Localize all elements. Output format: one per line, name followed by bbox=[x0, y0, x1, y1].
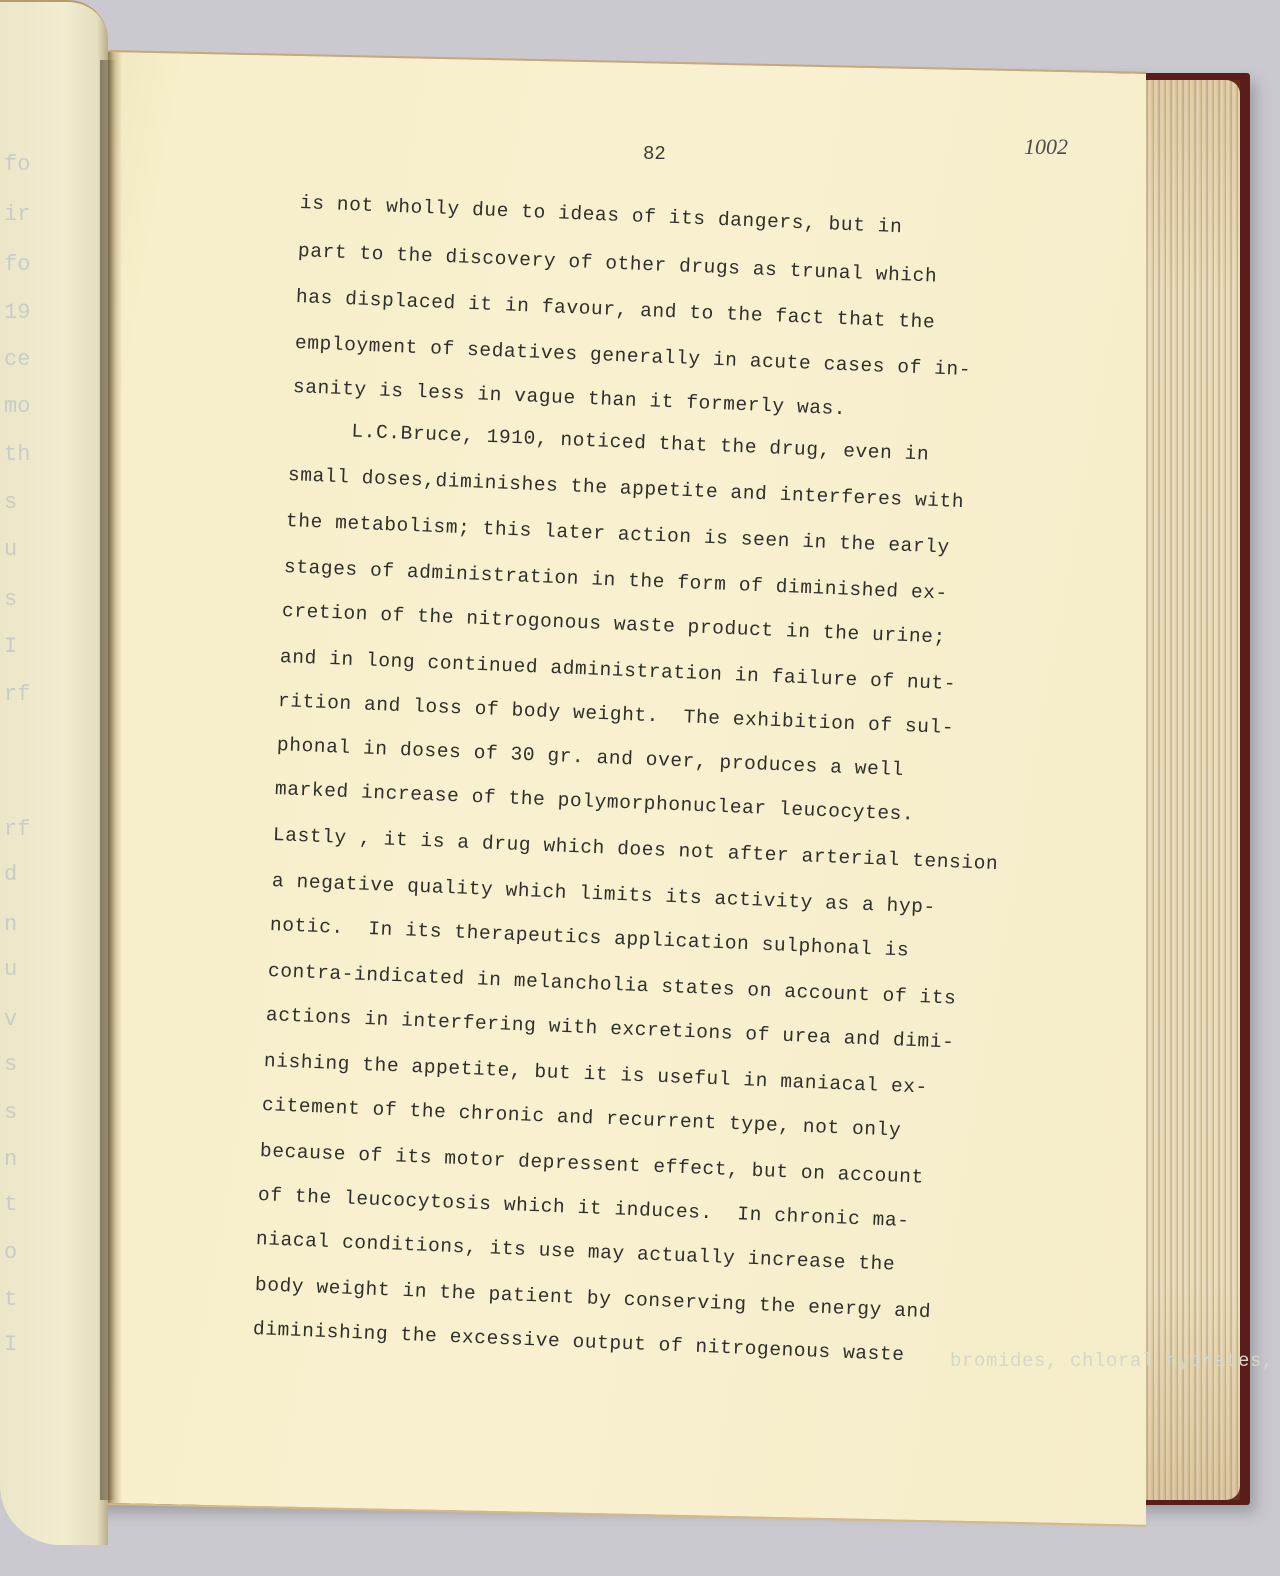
left-page-fragment: u bbox=[4, 537, 17, 562]
left-page-fragment: o bbox=[4, 1240, 17, 1265]
left-page-fragment: th bbox=[4, 442, 30, 467]
show-through-text: bromides, chloral hydrates, and opium. I… bbox=[950, 1350, 1280, 1372]
left-page-fragment: v bbox=[4, 1007, 17, 1032]
left-page-fragment: n bbox=[4, 1147, 17, 1172]
left-page-fragment: t bbox=[4, 1287, 17, 1312]
page-edge-stack bbox=[1130, 80, 1240, 1500]
facing-left-page: fo ir fo 19 ce mo th s u s I rf rf d n u… bbox=[0, 0, 108, 1545]
left-page-fragment: s bbox=[4, 1100, 17, 1125]
left-page-fragment: fo bbox=[4, 152, 30, 177]
left-page-fragment: fo bbox=[4, 252, 30, 277]
left-page-fragment: s bbox=[4, 1052, 17, 1077]
left-page-fragment: ir bbox=[4, 202, 30, 227]
left-page-fragment: mo bbox=[4, 394, 30, 419]
left-page-fragment: I bbox=[4, 1332, 17, 1357]
left-page-fragment: t bbox=[4, 1192, 17, 1217]
left-page-fragment: s bbox=[4, 587, 17, 612]
left-page-fragment: u bbox=[4, 957, 17, 982]
page-number: 82 bbox=[643, 143, 666, 165]
left-page-fragment: ce bbox=[4, 347, 30, 372]
handwritten-folio-number: 1002 bbox=[1024, 134, 1068, 160]
left-page-fragment: rf bbox=[4, 682, 30, 707]
left-page-fragment: I bbox=[4, 634, 17, 659]
left-page-fragment: s bbox=[4, 490, 17, 515]
left-page-fragment: d bbox=[4, 862, 17, 887]
left-page-fragment: n bbox=[4, 912, 17, 937]
gutter-shadow bbox=[100, 60, 116, 1500]
left-page-fragment: rf bbox=[4, 817, 30, 842]
left-page-fragment: 19 bbox=[4, 300, 30, 325]
